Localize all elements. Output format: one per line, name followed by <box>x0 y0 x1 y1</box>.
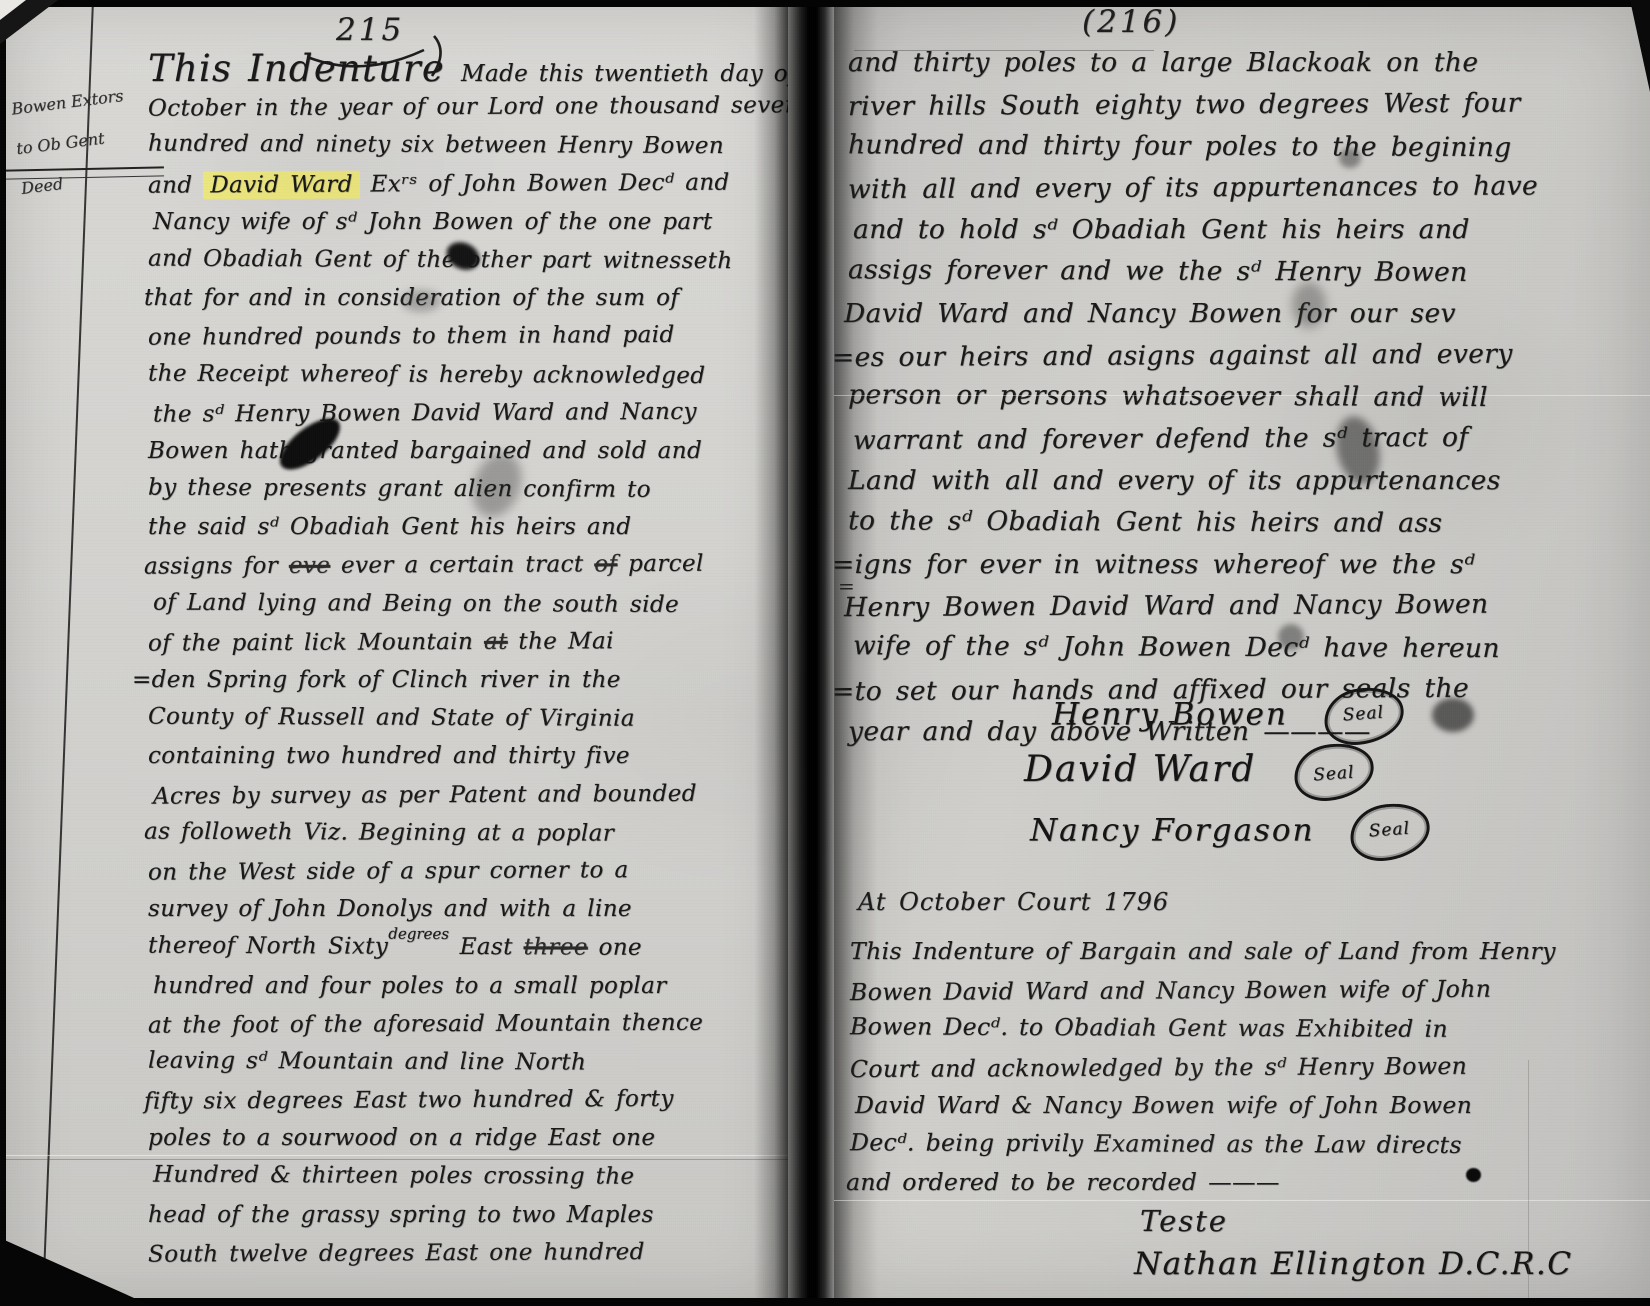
handwritten-line: on the West side of a spur corner to a <box>148 850 784 892</box>
handwritten-line: David Ward & Nancy Bowen wife of John Bo… <box>855 1086 1646 1125</box>
signature-name: David Ward <box>1024 749 1256 790</box>
text-segment: hundred and ninety six between Henry Bow… <box>148 131 724 160</box>
handwritten-line: and ordered to be recorded ——— <box>846 1163 1646 1202</box>
handwritten-line: Land with all and every of its appurtena… <box>848 460 1644 502</box>
handwritten-line: warrant and forever defend the sᵈ tract … <box>853 416 1644 462</box>
text-segment: person or persons whatsoever shall and w… <box>848 380 1488 414</box>
text-segment: Bowen David Ward and Nancy Bowen wife of… <box>850 974 1491 1005</box>
handwritten-line: This Indenture Made this twentieth day o… <box>148 50 784 88</box>
text-segment: the Mai <box>508 628 614 655</box>
handwritten-line: the sᵈ Henry Bowen David Ward and Nancy <box>153 392 784 433</box>
handwritten-line: South twelve degrees East one hundred <box>148 1232 784 1274</box>
seal-label: Seal <box>1342 703 1385 726</box>
text-segment: assigns for <box>144 553 289 580</box>
text-segment: Bowen hath granted bargained and sold an… <box>148 438 702 464</box>
text-segment: at <box>484 629 508 655</box>
handwritten-line: at the foot of the aforesaid Mountain th… <box>148 1003 784 1045</box>
seal-stamp: Seal <box>1347 799 1433 864</box>
handwritten-line: by these presents grant alien confirm to <box>148 469 784 510</box>
right-page: (216) = and thirty poles to a large Blac… <box>834 0 1650 1306</box>
handwritten-line: =den Spring fork of Clinch river in the <box>132 661 784 699</box>
text-segment: warrant and forever defend the sᵈ tract … <box>853 422 1469 456</box>
text-segment: David Ward and Nancy Bowen for our sev <box>844 298 1456 329</box>
page-number-216: (216) <box>1082 4 1180 40</box>
handwritten-line: assigns for eve ever a certain tract of … <box>144 545 784 587</box>
handwritten-line: wife of the sᵈ John Bowen Decᵈ have here… <box>853 625 1644 670</box>
handwritten-line: survey of John Donolys and with a line <box>148 890 784 928</box>
text-segment: at the foot of the aforesaid Mountain th… <box>148 1009 703 1038</box>
text-segment: and thirty poles to a large Blackoak on … <box>848 47 1478 78</box>
court-heading: At October Court 1796 <box>858 888 1169 916</box>
handwritten-line: hundred and ninety six between Henry Bow… <box>148 125 784 166</box>
handwritten-line: to the sᵈ Obadiah Gent his heirs and ass <box>848 500 1644 545</box>
handwritten-line: and to hold sᵈ Obadiah Gent his heirs an… <box>853 209 1644 251</box>
text-segment: Henry Bowen David Ward and Nancy Bowen <box>844 589 1489 623</box>
seal-label: Seal <box>1369 819 1412 842</box>
text-segment: =es our heirs and asigns against all and… <box>832 338 1513 373</box>
text-segment: and ordered to be recorded ——— <box>846 1168 1280 1196</box>
signature-row: David Ward Seal <box>1024 744 1374 800</box>
handwritten-line: fifty six degrees East two hundred & for… <box>144 1079 784 1121</box>
handwritten-line: person or persons whatsoever shall and w… <box>848 375 1644 420</box>
handwritten-line: with all and every of its appurtenances … <box>848 165 1644 211</box>
clerk-signature: Nathan Ellington D.C.R.C <box>1134 1246 1572 1282</box>
handwritten-line: Henry Bowen David Ward and Nancy Bowen <box>844 583 1644 629</box>
handwritten-line: and David Ward Exʳˢ of John Bowen Decᵈ a… <box>148 163 784 205</box>
handwritten-line: of the paint lick Mountain at the Mai <box>148 621 784 663</box>
margin-note: Bowen Extors to Ob Gent Deed <box>9 75 143 209</box>
handwritten-line: assigs forever and we the sᵈ Henry Bowen <box>848 249 1644 294</box>
text-segment: eve <box>289 553 331 579</box>
handwritten-line: head of the grassy spring to two Maples <box>148 1196 784 1234</box>
text-segment: Nancy wife of sᵈ John Bowen of the one p… <box>153 209 713 235</box>
text-segment: =igns for ever in witness whereof we the… <box>832 549 1475 580</box>
text-segment: Made this twentieth day of <box>461 61 797 87</box>
signature-name: Nancy Forgason <box>1030 813 1314 849</box>
text-segment: thereof North Sixty <box>148 933 388 960</box>
text-segment: the sᵈ Henry Bowen David Ward and Nancy <box>153 398 697 427</box>
handwritten-line: poles to a sourwood on a ridge East one <box>148 1119 784 1157</box>
text-segment: hundred and four poles to a small poplar <box>153 973 667 999</box>
seal-stamp: Seal <box>1291 739 1377 804</box>
text-segment: as followeth Viz. Begining at a poplar <box>144 818 614 846</box>
text-segment: of the paint lick Mountain <box>148 629 484 657</box>
attestation: Teste <box>1140 1204 1228 1238</box>
handwritten-line: river hills South eighty two degrees Wes… <box>848 82 1644 128</box>
text-segment: on the West side of a spur corner to a <box>148 857 629 886</box>
handwritten-line: This Indenture of Bargain and sale of La… <box>850 932 1646 971</box>
handwritten-line: that for and in consideration of the sum… <box>144 279 784 317</box>
handwritten-line: Bowen hath granted bargained and sold an… <box>148 432 784 470</box>
handwritten-line: Court and acknowledged by the sᵈ Henry B… <box>850 1045 1646 1088</box>
text-segment: poles to a sourwood on a ridge East one <box>148 1125 655 1151</box>
handwritten-line: containing two hundred and thirty five <box>148 737 784 775</box>
handwritten-line: one hundred pounds to them in hand paid <box>148 316 784 358</box>
scanned-document: Bowen Extors to Ob Gent Deed 215 This In… <box>0 0 1650 1306</box>
text-segment: =den Spring fork of Clinch river in the <box>132 667 621 693</box>
text-segment: hundred and thirty four poles to the beg… <box>848 129 1512 163</box>
text-segment: Decᵈ. being privily Examined as the Law … <box>850 1128 1462 1159</box>
text-segment: river hills South eighty two degrees Wes… <box>848 87 1521 122</box>
handwritten-line: Decᵈ. being privily Examined as the Law … <box>850 1123 1646 1165</box>
text-segment: East <box>449 934 524 960</box>
highlighted-name: David Ward <box>203 170 360 199</box>
handwritten-line: as followeth Viz. Begining at a poplar <box>144 812 784 853</box>
text-segment: Bowen Decᵈ. to Obadiah Gent was Exhibite… <box>850 1012 1448 1043</box>
seal-label: Seal <box>1313 763 1356 786</box>
text-segment: Acres by survey as per Patent and bounde… <box>153 780 697 809</box>
handwritten-line: hundred and four poles to a small poplar <box>153 967 784 1005</box>
text-segment: Court and acknowledged by the sᵈ Henry B… <box>850 1051 1467 1082</box>
handwritten-line: =es our heirs and asigns against all and… <box>832 332 1644 378</box>
left-page-text: This Indenture Made this twentieth day o… <box>148 50 784 1272</box>
text-segment: degrees <box>388 915 449 953</box>
handwritten-line: County of Russell and State of Virginia <box>148 698 784 739</box>
handwritten-line: David Ward and Nancy Bowen for our sev <box>844 293 1644 335</box>
text-segment: of Land lying and Being on the south sid… <box>153 589 679 617</box>
text-segment: fifty six degrees East two hundred & for… <box>144 1086 674 1115</box>
text-segment: and to hold sᵈ Obadiah Gent his heirs an… <box>853 214 1470 245</box>
text-segment: one <box>588 935 642 961</box>
text-segment: This Indenture of Bargain and sale of La… <box>850 937 1556 965</box>
text-segment: ever a certain tract <box>330 552 594 579</box>
handwritten-line: Bowen David Ward and Nancy Bowen wife of… <box>850 968 1646 1011</box>
text-segment: by these presents grant alien confirm to <box>148 475 651 503</box>
text-segment: and <box>148 172 203 198</box>
text-segment: three <box>523 935 587 961</box>
text-segment: the said sᵈ Obadiah Gent his heirs and <box>148 514 631 540</box>
handwritten-line: and Obadiah Gent of the other part witne… <box>148 240 784 281</box>
text-segment: that for and in consideration of the sum… <box>144 285 679 311</box>
seal-stamp: Seal <box>1321 683 1407 748</box>
text-segment: South twelve degrees East one hundred <box>148 1239 645 1268</box>
text-segment: David Ward & Nancy Bowen wife of John Bo… <box>855 1091 1472 1119</box>
handwritten-line: the said sᵈ Obadiah Gent his heirs and <box>148 508 784 546</box>
text-segment: leaving sᵈ Mountain and line North <box>148 1047 586 1075</box>
handwritten-line: the Receipt whereof is hereby acknowledg… <box>148 354 784 395</box>
text-segment: County of Russell and State of Virginia <box>148 704 635 732</box>
text-segment: wife of the sᵈ John Bowen Decᵈ have here… <box>853 630 1500 664</box>
book-gutter <box>788 0 834 1306</box>
scan-edge-bottom <box>0 1298 1650 1306</box>
text-segment: the Receipt whereof is hereby acknowledg… <box>148 360 705 388</box>
signature-name: Henry Bowen <box>1052 697 1288 733</box>
handwritten-line: Hundred & thirteen poles crossing the <box>153 1156 784 1197</box>
handwritten-line: October in the year of our Lord one thou… <box>148 87 784 129</box>
scan-edge-top <box>0 0 1650 7</box>
text-segment: and Obadiah Gent of the other part witne… <box>148 246 733 275</box>
text-segment: This Indenture <box>148 47 461 90</box>
text-segment: with all and every of its appurtenances … <box>848 171 1538 206</box>
left-page: Bowen Extors to Ob Gent Deed 215 This In… <box>6 0 788 1306</box>
handwritten-line: Bowen Decᵈ. to Obadiah Gent was Exhibite… <box>850 1007 1646 1049</box>
handwritten-line: and thirty poles to a large Blackoak on … <box>848 42 1644 84</box>
text-segment: Hundred & thirteen poles crossing the <box>153 1162 635 1190</box>
handwritten-line: thereof North Sixtydegrees East three on… <box>148 927 784 968</box>
text-segment: Exʳˢ of John Bowen Decᵈ and <box>360 169 730 197</box>
text-segment: October in the year of our Lord one thou… <box>148 92 800 121</box>
signature-row: Henry Bowen Seal <box>1052 688 1404 744</box>
text-segment: one hundred pounds to them in hand paid <box>148 322 675 351</box>
text-segment: of <box>594 552 617 578</box>
text-segment: containing two hundred and thirty five <box>148 743 630 769</box>
handwritten-line: Nancy wife of sᵈ John Bowen of the one p… <box>153 203 784 241</box>
text-segment: to the sᵈ Obadiah Gent his heirs and ass <box>848 505 1443 539</box>
text-segment: head of the grassy spring to two Maples <box>148 1202 654 1228</box>
handwritten-line: Acres by survey as per Patent and bounde… <box>153 774 784 815</box>
text-segment: Land with all and every of its appurtena… <box>848 465 1501 496</box>
text-segment: assigs forever and we the sᵈ Henry Bowen <box>848 254 1468 288</box>
right-page-text: and thirty poles to a large Blackoak on … <box>848 42 1644 753</box>
handwritten-line: hundred and thirty four poles to the beg… <box>848 124 1644 169</box>
handwritten-line: of Land lying and Being on the south sid… <box>153 583 784 624</box>
page-number-215: 215 <box>336 12 404 48</box>
handwritten-line: =igns for ever in witness whereof we the… <box>832 544 1644 586</box>
court-record-lines: This Indenture of Bargain and sale of La… <box>850 932 1646 1202</box>
handwritten-line: leaving sᵈ Mountain and line North <box>148 1041 784 1082</box>
signature-row: Nancy Forgason Seal <box>1030 804 1430 860</box>
text-segment: parcel <box>617 551 704 577</box>
